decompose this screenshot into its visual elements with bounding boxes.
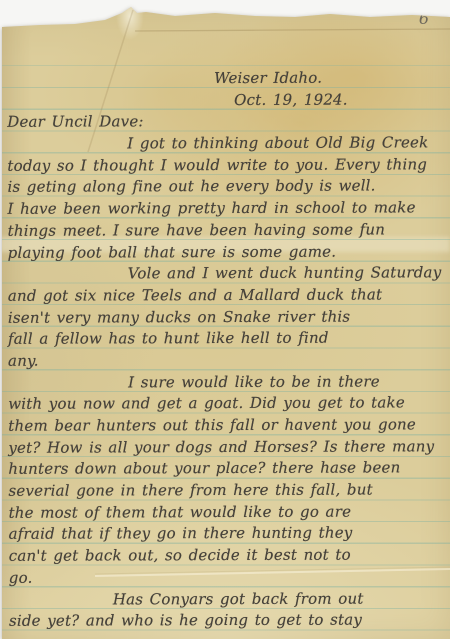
- letter-line: Has Conyars got back from out: [9, 588, 449, 611]
- letter-paper-wrap: 6 Weiser Idaho. Oct. 19, 1924. Dear Unci…: [0, 0, 450, 639]
- ruled-line: [0, 65, 450, 66]
- letter-line: afraid that if they go in there hunting …: [9, 523, 449, 546]
- letter-line: severial gone in there from here this fa…: [8, 479, 448, 502]
- heading-date: Oct. 19, 1924.: [7, 89, 447, 112]
- torn-edge-highlight: [116, 6, 144, 40]
- letter-line: and got six nice Teels and a Mallard duc…: [8, 284, 448, 307]
- letter-line: hunters down about your place? there has…: [8, 458, 448, 481]
- letter-line: playing foot ball that sure is some game…: [8, 241, 448, 264]
- letter-paper: 6 Weiser Idaho. Oct. 19, 1924. Dear Unci…: [0, 0, 450, 639]
- letter-line: I got to thinking about Old Big Creek: [7, 132, 447, 155]
- letter-line: any.: [8, 349, 448, 372]
- photo-background: 6 Weiser Idaho. Oct. 19, 1924. Dear Unci…: [0, 0, 450, 639]
- letter-line: I have been working pretty hard in schoo…: [7, 197, 447, 220]
- letter-line: go.: [9, 566, 449, 589]
- letter-line: fall a fellow has to hunt like hell to f…: [8, 327, 448, 350]
- letter-line: with you now and get a goat. Did you get…: [8, 393, 448, 416]
- letter-text: Weiser Idaho. Oct. 19, 1924. Dear Uncil …: [7, 67, 449, 632]
- letter-line: yet? How is all your dogs and Horses? Is…: [8, 436, 448, 459]
- letter-line: can't get back out, so decide it best no…: [9, 544, 449, 567]
- letter-line: side yet? and who is he going to get to …: [9, 609, 449, 632]
- page-number: 6: [419, 9, 429, 28]
- letter-line: things meet. I sure have been having som…: [8, 219, 448, 242]
- letter-line: isen't very many ducks on Snake river th…: [8, 306, 448, 329]
- letter-line: today so I thought I would write to you.…: [7, 154, 447, 177]
- salutation: Dear Uncil Dave:: [7, 111, 447, 134]
- letter-line: Vole and I went duck hunting Saturday: [8, 262, 448, 285]
- letter-line: is geting along fine out he every body i…: [7, 176, 447, 199]
- heading-place: Weiser Idaho.: [7, 67, 447, 90]
- letter-line: them bear hunters out this fall or haven…: [8, 414, 448, 437]
- letter-line: I sure would like to be in there: [8, 371, 448, 394]
- letter-line: the most of them that would like to go a…: [9, 501, 449, 524]
